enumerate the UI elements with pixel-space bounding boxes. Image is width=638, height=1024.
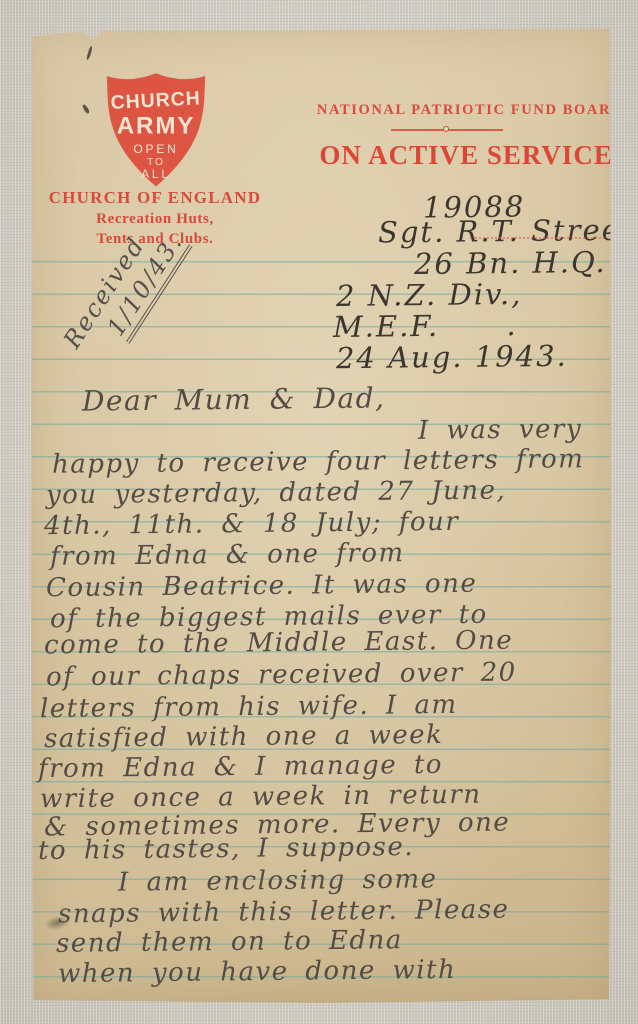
handwritten-line: from Edna & I manage to bbox=[38, 750, 443, 784]
handwritten-line: when you have done with bbox=[58, 955, 457, 989]
handwritten-line: I am enclosing some bbox=[118, 864, 438, 897]
letter-date: 24 Aug. 1943. bbox=[336, 339, 568, 375]
letter-paper: CHURCH ARMY OPEN TO ALL CHURCH OF ENGLAN… bbox=[30, 28, 612, 1004]
org-name: CHURCH OF ENGLAND bbox=[30, 188, 280, 208]
handwritten-line: happy to receive four letters from bbox=[52, 444, 585, 480]
handwritten-line: satisfied with one a week bbox=[44, 720, 444, 754]
sender-unit: 26 Bn. H.Q. bbox=[414, 245, 607, 281]
handwritten-line: Cousin Beatrice. It was one bbox=[46, 569, 478, 604]
handwritten-line: 4th., 11th. & 18 July; four bbox=[44, 507, 460, 541]
handwritten-line: from Edna & one from bbox=[50, 538, 405, 572]
scanned-letter-photo: CHURCH ARMY OPEN TO ALL CHURCH OF ENGLAN… bbox=[0, 0, 638, 1024]
handwritten-line: I was very bbox=[418, 414, 582, 446]
fund-board-title: NATIONAL PATRIOTIC FUND BOARD bbox=[315, 102, 625, 119]
handwritten-line: send them on to Edna bbox=[56, 925, 403, 959]
divider-ring-icon bbox=[443, 126, 449, 132]
salutation: Dear Mum & Dad, bbox=[82, 381, 386, 417]
on-active-service-heading: ON ACTIVE SERVICE. bbox=[308, 140, 632, 171]
ornamental-divider bbox=[391, 126, 503, 133]
handwritten-line: snaps with this letter. Please bbox=[58, 895, 510, 930]
ink-speck bbox=[86, 46, 93, 60]
sender-name: Sgt. R.T. Street, bbox=[378, 213, 638, 250]
shield-word-army: ARMY bbox=[117, 113, 195, 140]
ink-speck bbox=[82, 104, 90, 115]
handwritten-line: you yesterday, dated 27 June, bbox=[46, 476, 507, 511]
church-army-shield-logo: CHURCH ARMY OPEN TO ALL bbox=[100, 63, 212, 193]
shield-word-open: OPEN bbox=[133, 142, 178, 156]
handwritten-line: to his tastes, I suppose. bbox=[38, 832, 414, 866]
shield-word-all: ALL bbox=[141, 167, 171, 181]
handwritten-line: of our chaps received over 20 bbox=[46, 658, 517, 693]
shield-word-church: CHURCH bbox=[110, 87, 201, 114]
red-dotted-mark bbox=[470, 237, 605, 239]
sender-theatre: M.E.F. . bbox=[333, 308, 518, 344]
handwritten-line: letters from his wife. I am bbox=[40, 690, 458, 724]
handwritten-line: come to the Middle East. One bbox=[44, 626, 513, 661]
